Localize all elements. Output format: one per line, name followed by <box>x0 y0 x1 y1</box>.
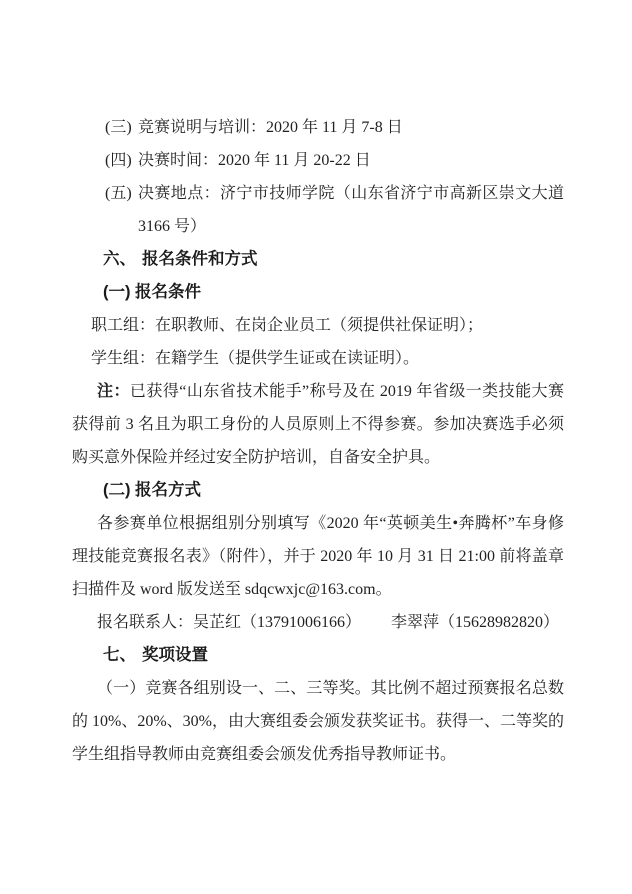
schedule-item-3: (三) 竞赛说明与培训：2020 年 11 月 7-8 日 <box>72 111 564 144</box>
schedule-item-4: (四) 决赛时间：2020 年 11 月 20-22 日 <box>72 144 564 177</box>
subheading-2-marker: (二) <box>103 474 131 507</box>
subheading-1-title: 报名条件 <box>135 283 201 301</box>
section-7-title: 奖项设置 <box>142 646 208 664</box>
subheading-1-marker: (一) <box>103 276 131 309</box>
para-note: 注：已获得“山东省技术能手”称号及在 2019 年省级一类技能大赛获得前 3 名… <box>72 375 564 474</box>
note-text: 已获得“山东省技术能手”称号及在 2019 年省级一类技能大赛获得前 3 名且为… <box>72 383 564 466</box>
section-heading-6: 六、 报名条件和方式 <box>72 243 564 276</box>
para-student-group: 学生组：在籍学生（提供学生证或在读证明）。 <box>72 342 564 375</box>
section-7-marker: 七、 <box>103 639 136 672</box>
subheading-registration-conditions: (一) 报名条件 <box>72 276 564 309</box>
subheading-2-title: 报名方式 <box>135 481 201 499</box>
schedule-item-text: 竞赛说明与培训：2020 年 11 月 7-8 日 <box>138 119 403 136</box>
contact-2: 李翠萍（15628982820） <box>391 614 559 631</box>
schedule-item-text: 决赛时间：2020 年 11 月 20-22 日 <box>138 152 371 169</box>
document-content: (三) 竞赛说明与培训：2020 年 11 月 7-8 日 (四) 决赛时间：2… <box>0 0 632 771</box>
para-staff-group: 职工组：在职教师、在岗企业员工（须提供社保证明）； <box>72 309 564 342</box>
section-heading-7: 七、 奖项设置 <box>72 639 564 672</box>
para-registration: 各参赛单位根据组别分别填写《2020 年“英顿美生•奔腾杯”车身修理技能竞赛报名… <box>72 507 564 606</box>
note-label: 注： <box>97 383 130 400</box>
para-awards: （一）竞赛各组别设一、二、三等奖。其比例不超过预赛报名总数的 10%、20%、3… <box>72 672 564 771</box>
schedule-item-marker: (三) <box>105 111 132 144</box>
schedule-item-5: (五) 决赛地点：济宁市技师学院（山东省济宁市高新区崇文大道 3166 号） <box>72 177 564 243</box>
contact-label: 报名联系人： <box>97 614 193 631</box>
para-contacts: 报名联系人：吴芷红（13791006166）李翠萍（15628982820） <box>72 606 564 639</box>
schedule-item-marker: (四) <box>105 144 132 177</box>
subheading-registration-method: (二) 报名方式 <box>72 474 564 507</box>
document-page: (三) 竞赛说明与培训：2020 年 11 月 7-8 日 (四) 决赛时间：2… <box>0 0 632 894</box>
schedule-item-marker: (五) <box>105 177 132 210</box>
schedule-item-text: 决赛地点：济宁市技师学院（山东省济宁市高新区崇文大道 3166 号） <box>138 185 564 235</box>
contact-1: 吴芷红（13791006166） <box>193 614 361 631</box>
section-6-marker: 六、 <box>103 243 136 276</box>
section-6-title: 报名条件和方式 <box>142 250 258 268</box>
